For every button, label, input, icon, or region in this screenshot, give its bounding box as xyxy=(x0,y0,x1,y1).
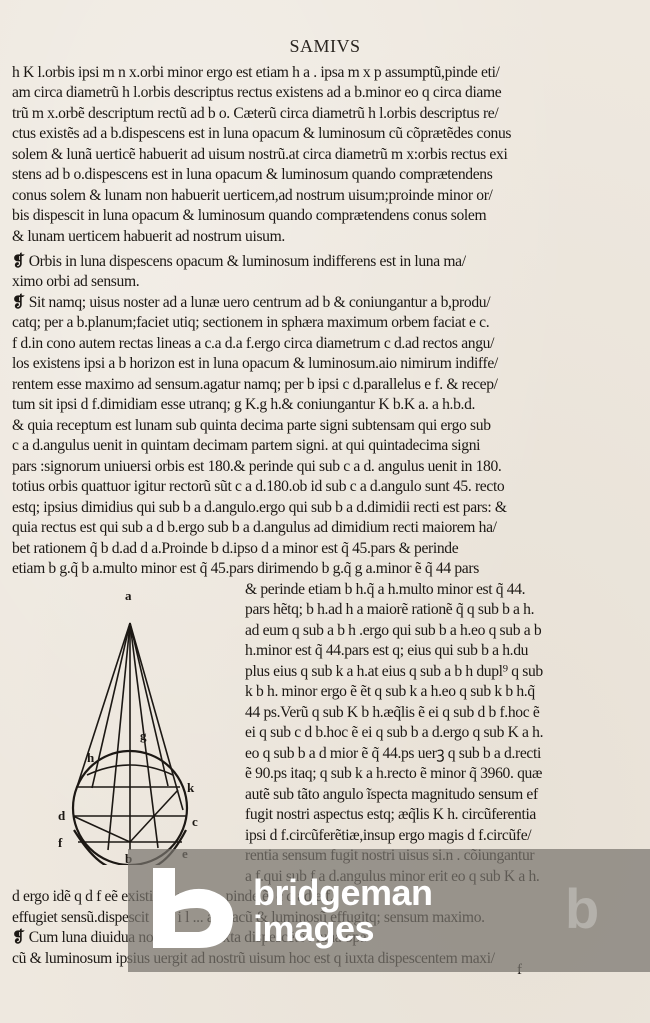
text-line: & quia receptum est lunam sub quinta dec… xyxy=(12,416,570,436)
bridgeman-logo-icon xyxy=(153,868,235,948)
watermark-brand-line1: bridgeman xyxy=(253,875,433,911)
text-line: ad eum q sub a b h .ergo qui sub b a h.e… xyxy=(245,621,570,641)
text-line: stens ad b o.dispescens est in luna opac… xyxy=(12,165,570,185)
text-line: eo q sub b a d mior ẽ q̃ 44.ps uerꝫ q su… xyxy=(245,744,570,764)
paragraph-mark-icon: ❡ xyxy=(12,253,25,270)
svg-text:c: c xyxy=(192,814,198,829)
svg-text:a: a xyxy=(125,588,132,603)
svg-text:h: h xyxy=(87,750,95,765)
text-line: pars :signorum uniuersi orbis est 180.& … xyxy=(12,457,570,477)
text-line: autẽ sub tãto angulo ĩspecta magnitudo s… xyxy=(245,785,570,805)
text-line: & perinde etiam b h.q̃ a h.multo minor e… xyxy=(245,580,570,600)
text-line: c a d.angulus uenit in quintam decimam p… xyxy=(12,436,570,456)
text-line: etiam b g.q̃ b a.multo minor est q̃ 45.p… xyxy=(12,559,570,579)
text-line: f d.in cono autem rectas lineas a c.a d.… xyxy=(12,334,570,354)
paragraph-start-line: ❡Sit namq; uisus noster ad a lunæ uero c… xyxy=(12,293,570,313)
text-line: & lunam uerticem habuerit ad nostrum uis… xyxy=(12,227,570,247)
geometry-figure: a g h k d c f e b xyxy=(30,580,230,865)
text-line: h.minor est q̃ 44.pars est q; eius qui s… xyxy=(245,641,570,661)
text-line: Orbis in luna dispescens opacum & lumino… xyxy=(29,253,466,270)
text-line: bet rationem q̃ b d.ad d a.Proinde b d.i… xyxy=(12,539,570,559)
watermark-banner: bridgeman images b xyxy=(128,849,650,972)
watermark-brand-line2: images xyxy=(253,911,374,947)
svg-text:k: k xyxy=(187,780,195,795)
text-line: plus eius q sub k a h.at eius q sub a b … xyxy=(245,662,570,682)
svg-text:g: g xyxy=(140,728,147,743)
text-line: 44 ps.Verũ q sub K b h.æq̃lis ẽ ei q sub… xyxy=(245,703,570,723)
text-line: solem & lunã uerticẽ habuerit ad uisum n… xyxy=(12,145,570,165)
paragraph-start-line: ❡Orbis in luna dispescens opacum & lumin… xyxy=(12,252,570,272)
cone-sphere-diagram: a g h k d c f e b xyxy=(30,580,230,865)
text-line: Sit namq; uisus noster ad a lunæ uero ce… xyxy=(29,294,490,311)
watermark-ghost-logo-icon: b xyxy=(565,887,607,931)
text-line: rentem esse maximo ad sensum.agatur namq… xyxy=(12,375,570,395)
text-line: ẽ 90.ps itaq; q sub k a h.recto ẽ minor … xyxy=(245,764,570,784)
text-line: quia rectus est qui sub a d b.ergo sub b… xyxy=(12,518,570,538)
text-line: trũ m x.orbẽ descriptum rectũ ad b o. Cæ… xyxy=(12,104,570,124)
text-line: conus solem & lunam non habuerit uertice… xyxy=(12,186,570,206)
svg-text:f: f xyxy=(58,835,63,850)
text-line: fugit nostri aspectus estq; æq̃lis K h. … xyxy=(245,805,570,825)
text-line: ipsi d f.circũferẽtiæ,insup ergo magis d… xyxy=(245,826,570,846)
text-line: h K l.orbis ipsi m n x.orbi minor ergo e… xyxy=(12,63,570,83)
text-line: estq; ipsius dimidius qui sub b a d.angu… xyxy=(12,498,570,518)
text-line: tum sit ipsi d f.dimidiam esse utranq; g… xyxy=(12,395,570,415)
text-line: k b h. minor ergo ẽ ẽt q sub k a h.eo q … xyxy=(245,682,570,702)
text-line: ei q sub c d b.hoc ẽ ei q sub b a d.ergo… xyxy=(245,723,570,743)
text-line: totius orbis quattuor igitur rectorũ sũt… xyxy=(12,477,570,497)
text-line: ximo orbi ad sensum. xyxy=(12,272,570,292)
running-head: SAMIVS xyxy=(0,36,650,57)
svg-text:d: d xyxy=(58,808,66,823)
text-line: ctus existẽs ad a b.dispescens est in lu… xyxy=(12,124,570,144)
paragraph-mark-icon: ❡ xyxy=(12,929,25,946)
text-line: pars hẽtq; b h.ad h a maiorẽ rationẽ q̃ … xyxy=(245,600,570,620)
paragraph-mark-icon: ❡ xyxy=(12,294,25,311)
text-line: bis dispescit in luna opacum & luminosum… xyxy=(12,206,570,226)
text-line: catq; per a b.planum;faciet utiq; sectio… xyxy=(12,313,570,333)
text-line: los existens ipsi a b horizon est in lun… xyxy=(12,354,570,374)
text-line: am circa diametrũ h l.orbis descriptus r… xyxy=(12,83,570,103)
